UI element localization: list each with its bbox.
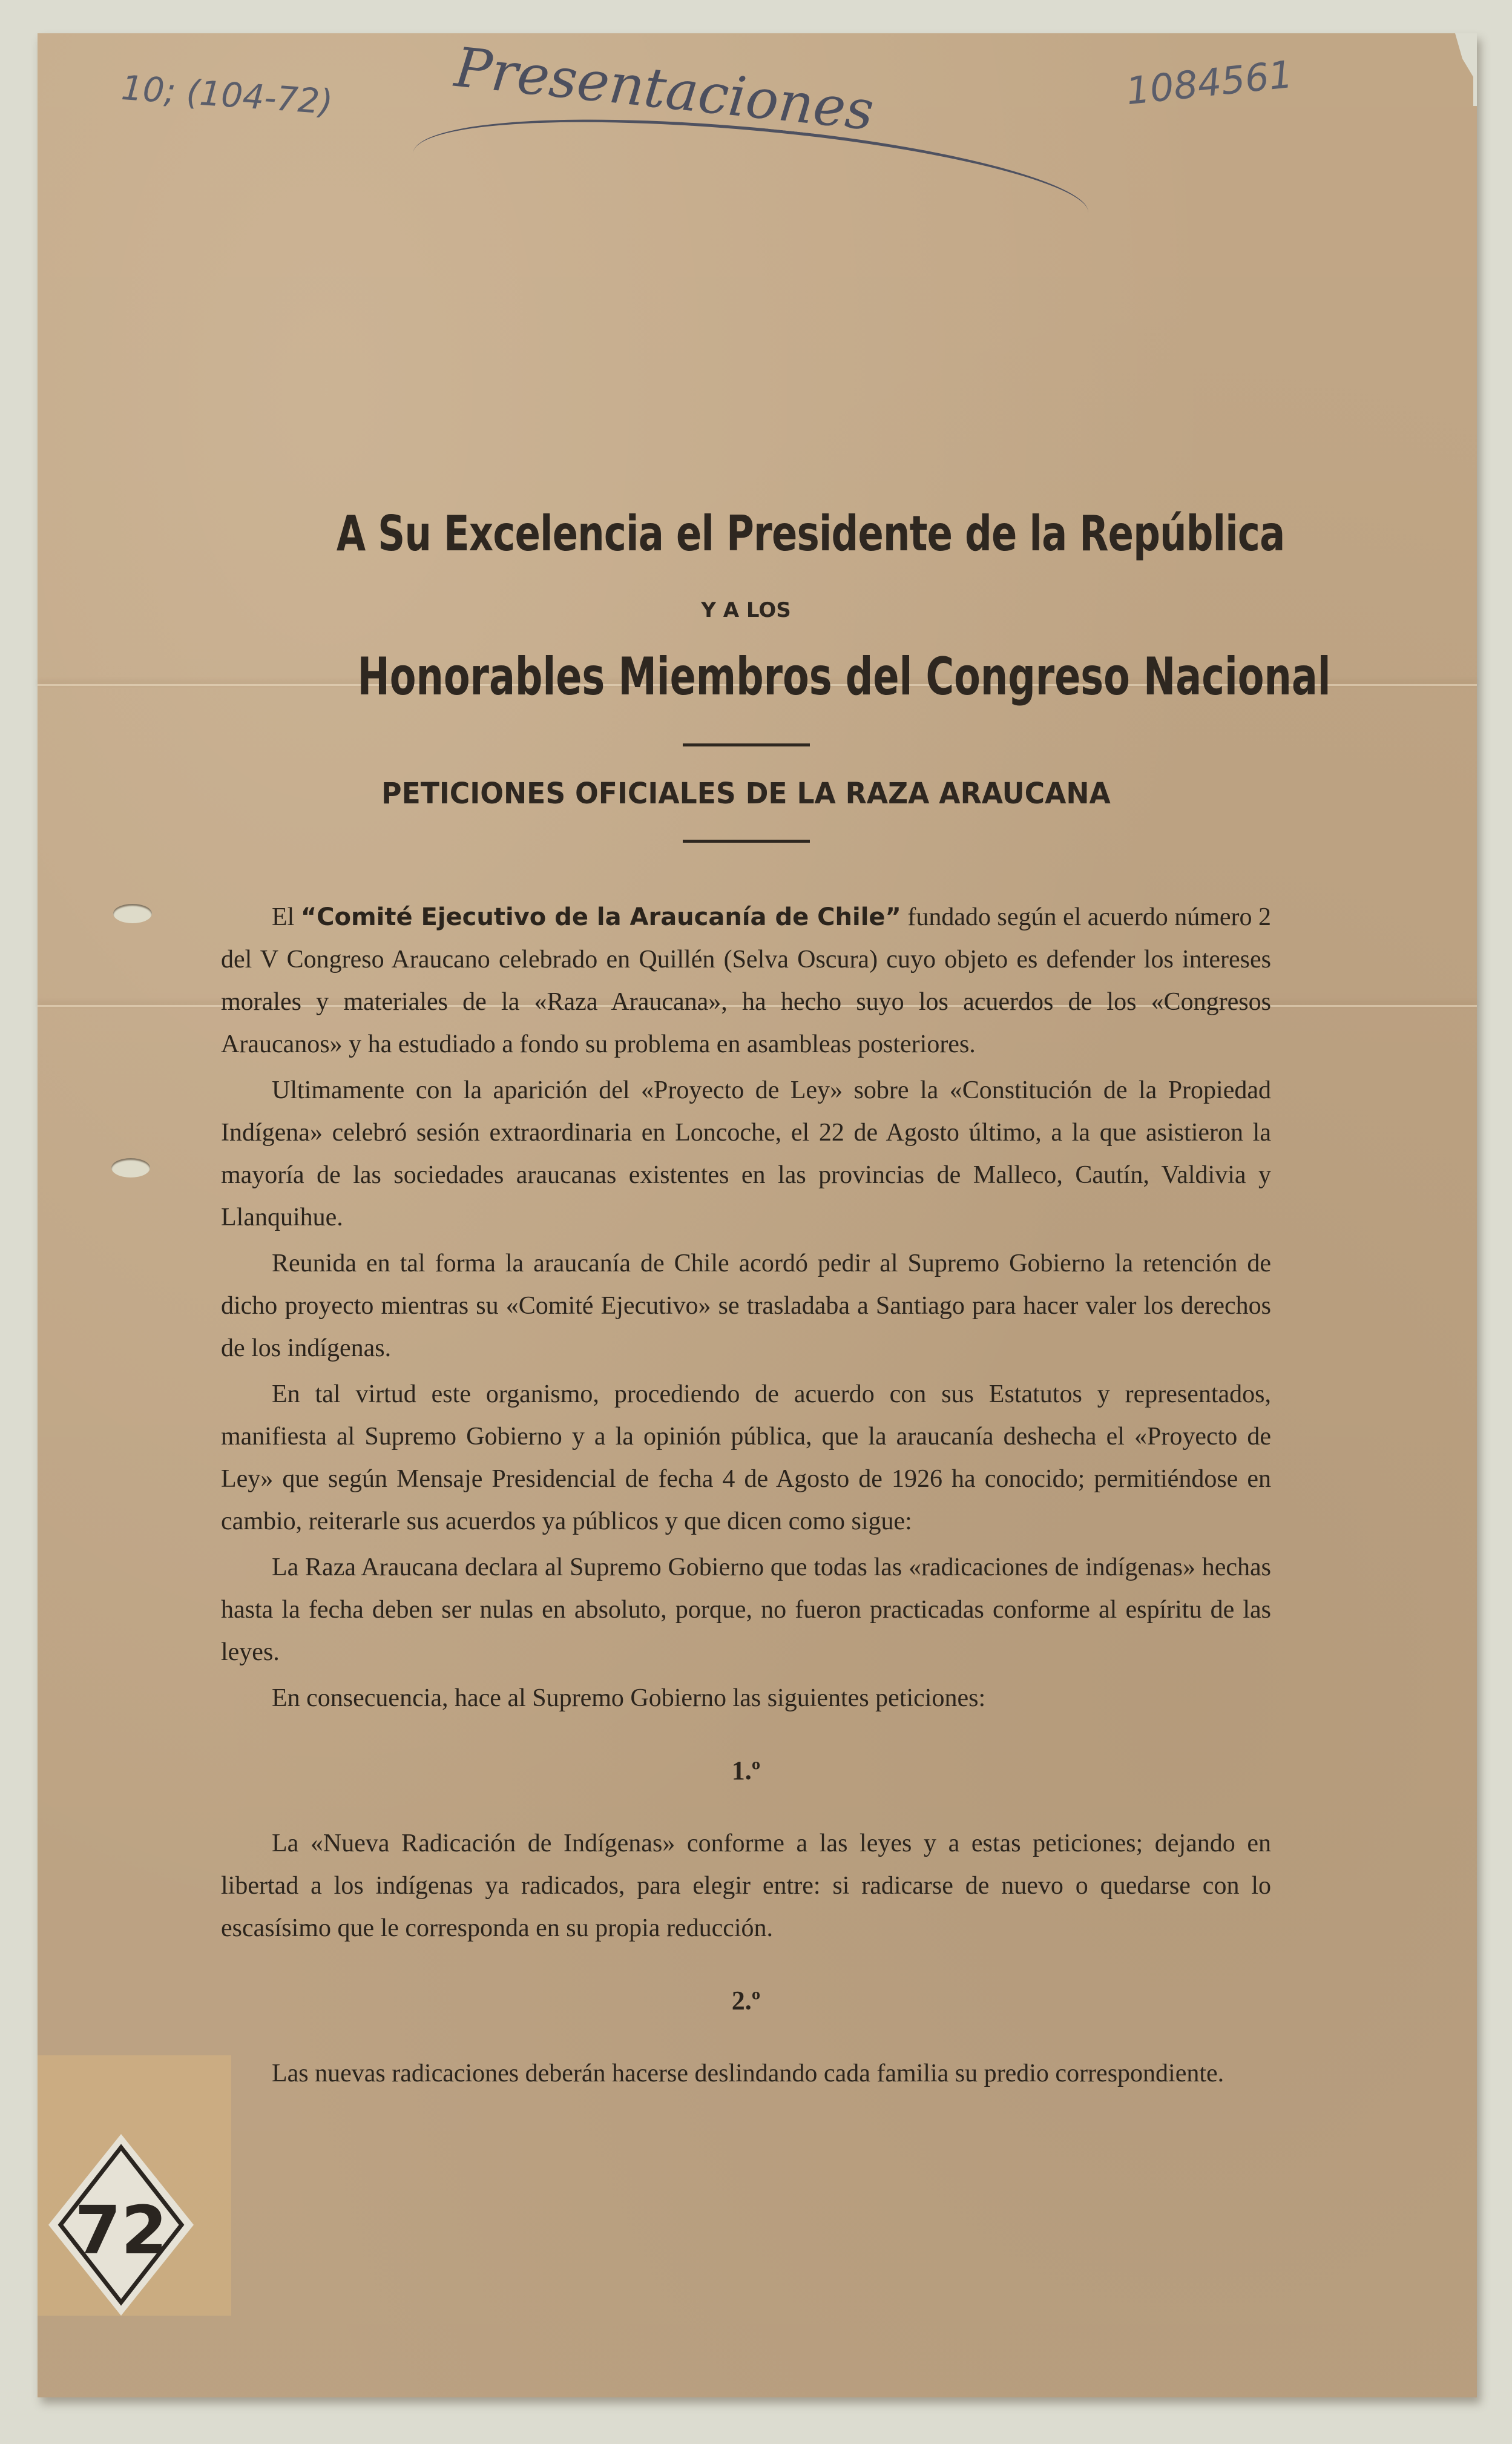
petition-text: La «Nueva Radicación de Indígenas» confo…: [221, 1822, 1271, 1949]
title-line-1: A Su Excelencia el Presidente de la Repú…: [337, 506, 1155, 562]
punch-hole: [111, 1158, 150, 1178]
archive-label-number: 72: [48, 2192, 194, 2269]
divider: [683, 743, 810, 746]
title-connector: Y A LOS: [221, 598, 1271, 622]
petition-text: Las nuevas radicaciones deberán hacerse …: [221, 2052, 1271, 2095]
petition-number: 1.º: [221, 1750, 1271, 1792]
paragraph: El “Comité Ejecutivo de la Araucanía de …: [221, 896, 1271, 1066]
document-content: A Su Excelencia el Presidente de la Repú…: [221, 506, 1271, 2098]
archive-label-diamond: 72: [48, 2134, 194, 2316]
divider: [683, 840, 810, 843]
petition-number: 2.º: [221, 1980, 1271, 2022]
paragraph: La Raza Araucana declara al Supremo Gobi…: [221, 1546, 1271, 1673]
punch-hole: [113, 904, 152, 923]
paragraph: En tal virtud este organismo, procediend…: [221, 1373, 1271, 1543]
archive-label: 72: [38, 2055, 231, 2316]
committee-name: “Comité Ejecutivo de la Araucanía de Chi…: [301, 903, 901, 931]
title-line-2: Honorables Miembros del Congreso Naciona…: [358, 647, 1135, 707]
torn-corner: [1441, 33, 1477, 106]
document-body: El “Comité Ejecutivo de la Araucanía de …: [221, 896, 1271, 2095]
paragraph: Reunida en tal forma la araucanía de Chi…: [221, 1242, 1271, 1369]
paragraph: En consecuencia, hace al Supremo Gobiern…: [221, 1677, 1271, 1719]
document-subtitle: PETICIONES OFICIALES DE LA RAZA ARAUCANA: [247, 777, 1244, 811]
paragraph: Ultimamente con la aparición del «Proyec…: [221, 1069, 1271, 1239]
